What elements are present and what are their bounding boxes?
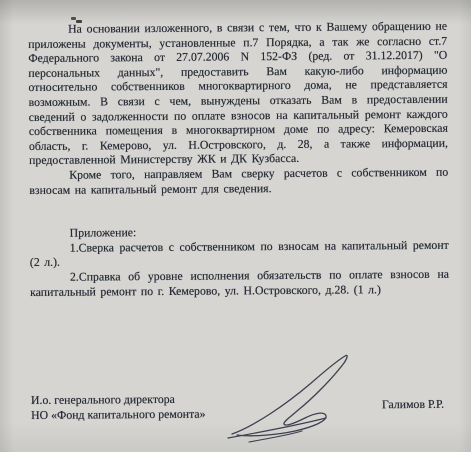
body-paragraph-enclosure: Кроме того, направляем Вам сверку расчет… bbox=[29, 165, 448, 197]
attachments-section: Приложение: 1.Сверка расчетов с собствен… bbox=[30, 223, 450, 299]
signer-title-line-1: И.о. генерального директора bbox=[31, 392, 206, 408]
signer-name: Галимов Р.Р. bbox=[382, 397, 444, 412]
signer-title-line-2: НО «Фонд капитального ремонта» bbox=[31, 407, 206, 423]
scanned-letter-page: На основании изложенного, в связи с тем,… bbox=[0, 0, 471, 452]
signer-title: И.о. генерального директора НО «Фонд кап… bbox=[31, 392, 206, 423]
scan-artifact-speck bbox=[71, 17, 76, 20]
handwritten-signature bbox=[226, 354, 366, 446]
attachment-item-2: 2.Справка об уровне исполнения обязатель… bbox=[30, 267, 449, 299]
body-paragraph-refusal: На основании изложенного, в связи с тем,… bbox=[28, 19, 448, 168]
attachment-item-1: 1.Сверка расчетов с собственником по взн… bbox=[30, 237, 449, 269]
